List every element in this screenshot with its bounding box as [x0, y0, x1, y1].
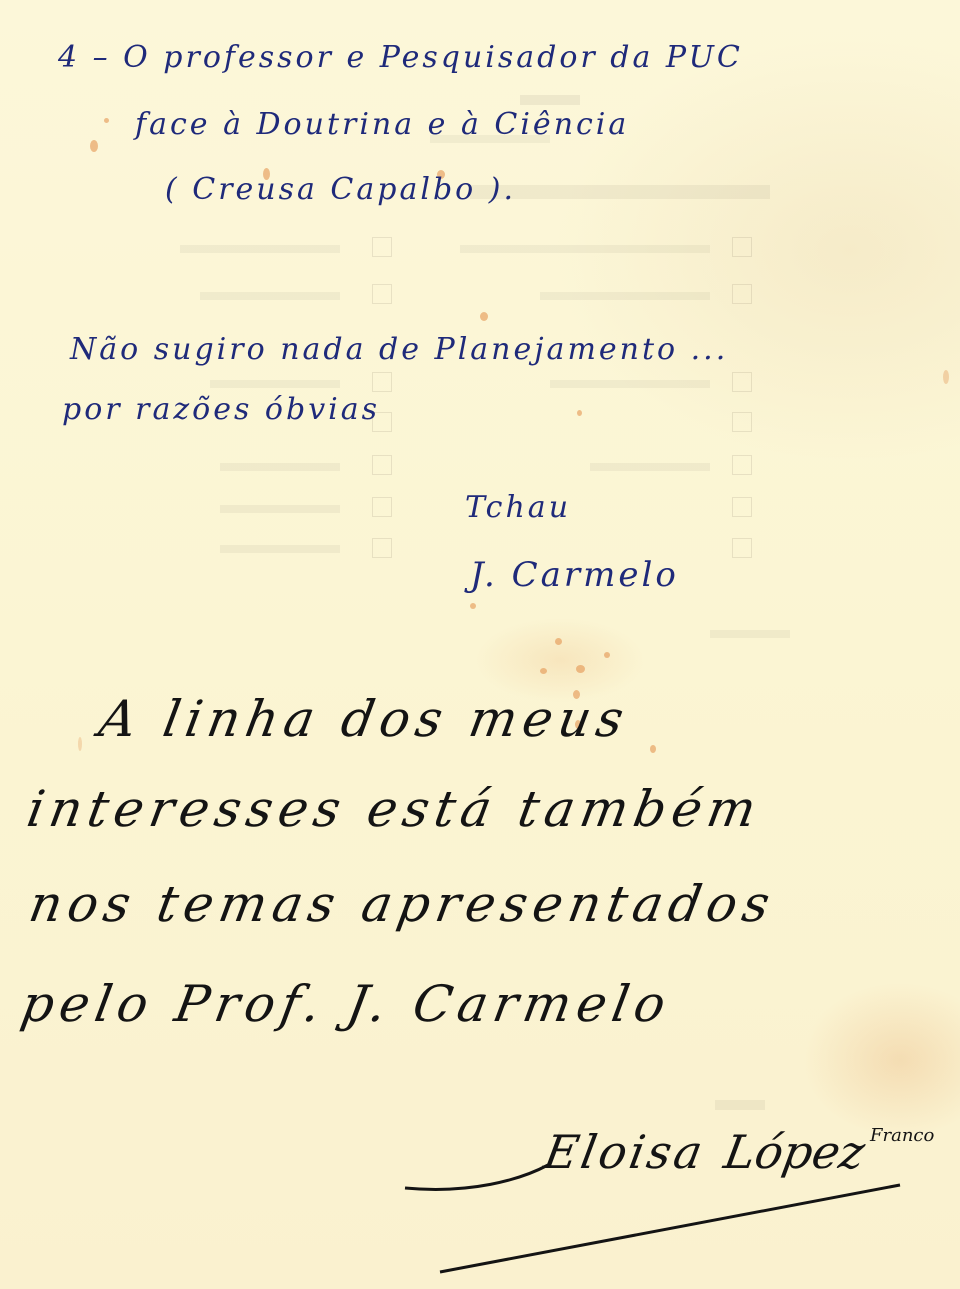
signature-suffix: Franco	[870, 1125, 934, 1146]
signature-first-name: Eloisa	[540, 1125, 709, 1179]
signature-strokes	[0, 0, 960, 1289]
signature-last-name: López	[720, 1125, 869, 1179]
handwritten-page: 4 – O professor e Pesquisador da PUC fac…	[0, 0, 960, 1289]
